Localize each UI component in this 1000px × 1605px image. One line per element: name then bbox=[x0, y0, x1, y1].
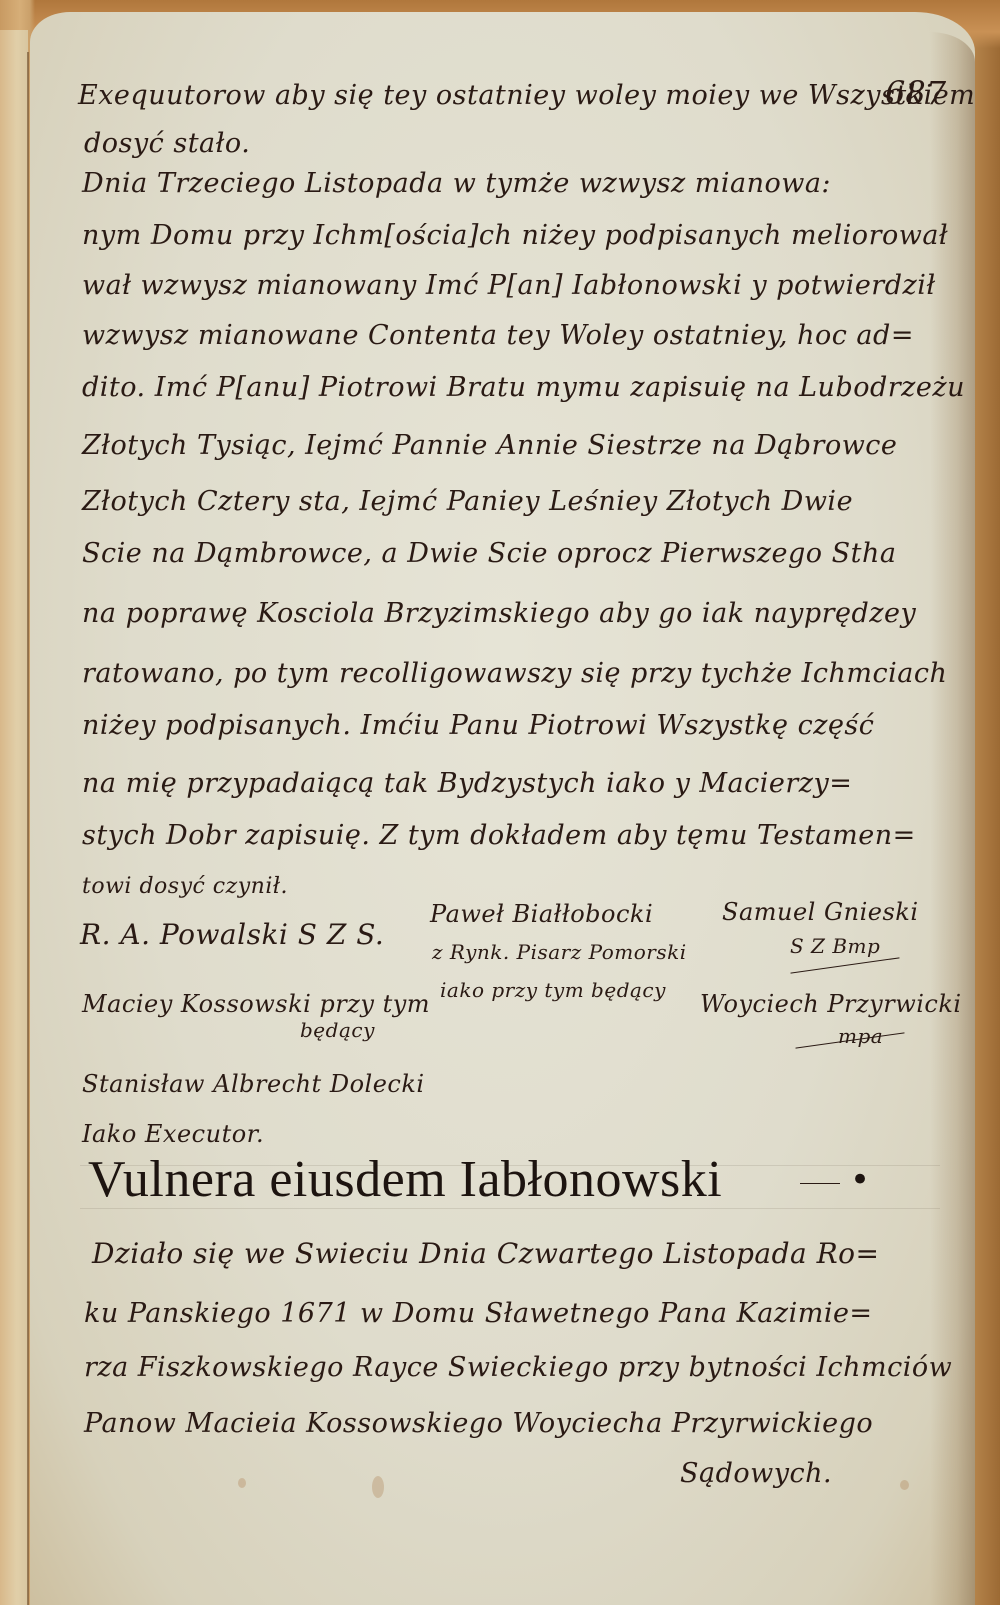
heading-mark: • bbox=[850, 1160, 870, 1200]
section2-line: Panow Macieia Kossowskiego Woyciecha Prz… bbox=[84, 1410, 873, 1437]
body-line: Złotych Tysiąc, Iejmć Pannie Annie Siest… bbox=[82, 432, 897, 459]
body-line: nym Domu przy Ichm[ościa]ch niżey podpis… bbox=[82, 222, 948, 249]
body-line: towi dosyć czynił. bbox=[82, 876, 288, 898]
ink-stain bbox=[372, 1476, 384, 1498]
signature-gnieski-mark: S Z Bmp bbox=[790, 934, 880, 958]
body-line: stych Dobr zapisuię. Z tym dokładem aby … bbox=[82, 822, 916, 849]
section2-line: Działo się we Swieciu Dnia Czwartego Lis… bbox=[92, 1240, 879, 1268]
body-line: dito. Imć P[anu] Piotrowi Bratu mymu zap… bbox=[82, 374, 965, 401]
heading-flourish bbox=[800, 1183, 840, 1184]
signature-bialobocki-note: iako przy tym będący bbox=[440, 978, 666, 1002]
body-line: niżey podpisanych. Imćiu Panu Piotrowi W… bbox=[82, 712, 874, 739]
section2-line: Sądowych. bbox=[680, 1460, 832, 1487]
ink-stain bbox=[238, 1478, 246, 1488]
section2-line: rza Fiszkowskiego Rayce Swieckiego przy … bbox=[84, 1354, 952, 1381]
body-line: Dnia Trzeciego Listopada w tymże wzwysz … bbox=[82, 170, 831, 197]
section2-line: ku Panskiego 1671 w Domu Sławetnego Pana… bbox=[84, 1300, 873, 1327]
signature-kossowski-note: będący bbox=[300, 1018, 375, 1042]
body-line: na poprawę Kosciola Brzyzimskiego aby go… bbox=[82, 600, 916, 627]
body-line: wał wzwysz mianowany Imć P[an] Iabłonows… bbox=[82, 272, 936, 299]
ink-stain bbox=[900, 1480, 909, 1490]
signature-dolecki: Stanisław Albrecht Dolecki bbox=[82, 1070, 425, 1098]
section-heading: Vulnera eiusdem Iabłonowski bbox=[88, 1150, 722, 1209]
left-page-edge bbox=[0, 30, 28, 1605]
signature-gnieski: Samuel Gnieski bbox=[722, 898, 919, 926]
signature-bialobocki: Paweł Białłobocki bbox=[430, 900, 653, 928]
body-line: Exequutorow aby się tey ostatniey woley … bbox=[78, 82, 975, 109]
signature-przyrwicki: Woyciech Przyrwicki bbox=[700, 990, 962, 1018]
body-line: na mię przypadaiącą tak Bydzystych iako … bbox=[82, 770, 852, 797]
signature-bialobocki-title: z Rynk. Pisarz Pomorski bbox=[432, 940, 687, 964]
signature-kossowski: Maciey Kossowski przy tym bbox=[82, 990, 430, 1018]
signature-powalski: R. A. Powalski S Z S. bbox=[80, 918, 384, 951]
body-line: ratowano, po tym recolligowawszy się prz… bbox=[82, 660, 947, 687]
body-line: wzwysz mianowane Contenta tey Woley osta… bbox=[82, 322, 914, 349]
body-line: dosyć stało. bbox=[84, 130, 250, 157]
body-line: Złotych Cztery sta, Iejmć Paniey Leśniey… bbox=[82, 488, 853, 515]
signature-executor-note: Iako Executor. bbox=[82, 1120, 264, 1148]
body-line: Scie na Dąmbrowce, a Dwie Scie oprocz Pi… bbox=[82, 540, 896, 567]
